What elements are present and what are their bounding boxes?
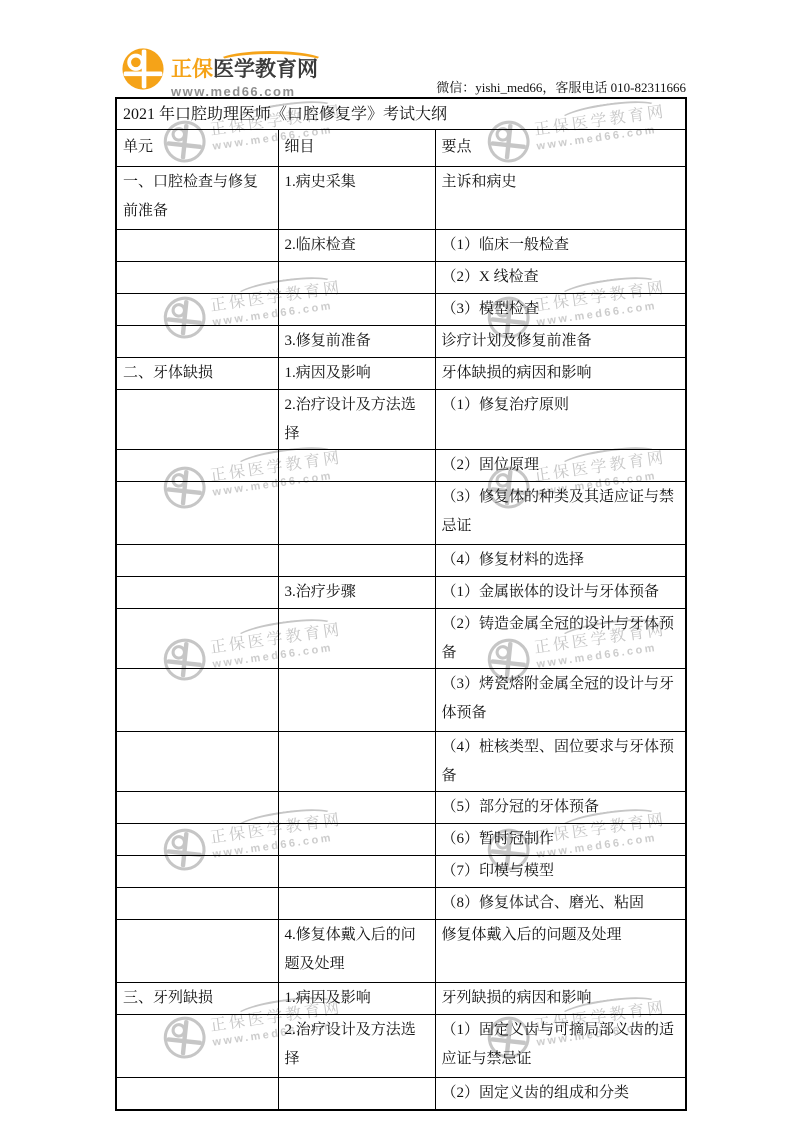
table-row: 3.修复前准备诊疗计划及修复前准备	[116, 326, 686, 358]
cell-item	[278, 450, 435, 482]
table-row: （2）X 线检查	[116, 262, 686, 294]
cell-item: 1.病因及影响	[278, 983, 435, 1015]
cell-point: （3）修复体的种类及其适应证与禁忌证	[435, 482, 686, 545]
table-row: 2.治疗设计及方法选择（1）修复治疗原则	[116, 390, 686, 450]
cell-item	[278, 732, 435, 792]
cell-unit	[116, 450, 278, 482]
table-row: （3）模型检查	[116, 294, 686, 326]
cell-unit: 三、牙列缺损	[116, 983, 278, 1015]
cell-item	[278, 545, 435, 577]
cell-item: 3.治疗步骤	[278, 577, 435, 609]
cell-item	[278, 609, 435, 669]
cell-item	[278, 856, 435, 888]
cell-unit	[116, 732, 278, 792]
cell-item	[278, 824, 435, 856]
cell-point: （8）修复体试合、磨光、粘固	[435, 888, 686, 920]
table-row: （2）铸造金属全冠的设计与牙体预备	[116, 609, 686, 669]
table-row: （3）烤瓷熔附金属全冠的设计与牙体预备	[116, 669, 686, 732]
cell-point: （3）模型检查	[435, 294, 686, 326]
column-header-point: 要点	[435, 130, 686, 167]
cell-point: （1）修复治疗原则	[435, 390, 686, 450]
table-row: （2）固位原理	[116, 450, 686, 482]
cell-item	[278, 888, 435, 920]
cell-item: 2.临床检查	[278, 230, 435, 262]
cell-unit	[116, 920, 278, 983]
cell-unit	[116, 609, 278, 669]
cell-point: （3）烤瓷熔附金属全冠的设计与牙体预备	[435, 669, 686, 732]
cell-point: （5）部分冠的牙体预备	[435, 792, 686, 824]
table-row: 2.临床检查（1）临床一般检查	[116, 230, 686, 262]
cell-item: 2.治疗设计及方法选择	[278, 390, 435, 450]
table-row: （3）修复体的种类及其适应证与禁忌证	[116, 482, 686, 545]
cell-item: 1.病因及影响	[278, 358, 435, 390]
table-row: 2.治疗设计及方法选择（1）固定义齿与可摘局部义齿的适应证与禁忌证	[116, 1015, 686, 1078]
column-header-item: 细目	[278, 130, 435, 167]
cell-item	[278, 1078, 435, 1110]
cell-item	[278, 294, 435, 326]
table-row: 三、牙列缺损1.病因及影响牙列缺损的病因和影响	[116, 983, 686, 1015]
column-header-unit: 单元	[116, 130, 278, 167]
cell-item	[278, 482, 435, 545]
cell-point: （4）修复材料的选择	[435, 545, 686, 577]
cell-point: 修复体戴入后的问题及处理	[435, 920, 686, 983]
cell-point: （1）固定义齿与可摘局部义齿的适应证与禁忌证	[435, 1015, 686, 1078]
cell-unit	[116, 390, 278, 450]
cell-point: （7）印模与模型	[435, 856, 686, 888]
cell-point: （2）X 线检查	[435, 262, 686, 294]
cell-unit	[116, 792, 278, 824]
table-row: （4）桩核类型、固位要求与牙体预备	[116, 732, 686, 792]
table-row: （8）修复体试合、磨光、粘固	[116, 888, 686, 920]
cell-unit	[116, 294, 278, 326]
cell-unit	[116, 326, 278, 358]
cell-point: （2）固位原理	[435, 450, 686, 482]
cell-point: （4）桩核类型、固位要求与牙体预备	[435, 732, 686, 792]
cell-unit	[116, 1015, 278, 1078]
cell-item	[278, 792, 435, 824]
cell-unit	[116, 545, 278, 577]
cell-unit	[116, 577, 278, 609]
cell-point: （6）暂时冠制作	[435, 824, 686, 856]
cell-unit: 一、口腔检查与修复前准备	[116, 167, 278, 230]
medical-cross-logo-icon	[122, 48, 164, 90]
exam-outline-table: 2021 年口腔助理医师《口腔修复学》考试大纲 单元 细目 要点 一、口腔检查与…	[115, 97, 687, 1111]
table-row: （6）暂时冠制作	[116, 824, 686, 856]
cell-unit: 二、牙体缺损	[116, 358, 278, 390]
contact-info: 微信：yishi_med66，客服电话 010-82311666	[436, 77, 686, 96]
table-row: （7）印模与模型	[116, 856, 686, 888]
table-row: 一、口腔检查与修复前准备1.病史采集主诉和病史	[116, 167, 686, 230]
cell-item	[278, 262, 435, 294]
cell-unit	[116, 824, 278, 856]
cell-unit	[116, 888, 278, 920]
table-row: （2）固定义齿的组成和分类	[116, 1078, 686, 1110]
table-row: 二、牙体缺损1.病因及影响牙体缺损的病因和影响	[116, 358, 686, 390]
cell-unit	[116, 669, 278, 732]
table-title-row: 2021 年口腔助理医师《口腔修复学》考试大纲	[116, 98, 686, 130]
cell-point: （1）临床一般检查	[435, 230, 686, 262]
cell-point: 牙体缺损的病因和影响	[435, 358, 686, 390]
cell-item	[278, 669, 435, 732]
cell-point: （1）金属嵌体的设计与牙体预备	[435, 577, 686, 609]
document-page: { "page": { "logo": { "brand_orange": "正…	[0, 0, 793, 1122]
cell-item: 3.修复前准备	[278, 326, 435, 358]
cell-item: 1.病史采集	[278, 167, 435, 230]
table-row: 4.修复体戴入后的问题及处理修复体戴入后的问题及处理	[116, 920, 686, 983]
cell-unit	[116, 262, 278, 294]
cell-point: 牙列缺损的病因和影响	[435, 983, 686, 1015]
cell-item: 4.修复体戴入后的问题及处理	[278, 920, 435, 983]
brand-name-orange: 正保	[171, 58, 213, 81]
cell-unit	[116, 856, 278, 888]
cell-unit	[116, 1078, 278, 1110]
cell-unit	[116, 482, 278, 545]
cell-point: （2）铸造金属全冠的设计与牙体预备	[435, 609, 686, 669]
logo-swoosh	[217, 51, 325, 73]
brand-url: www.med66.com	[171, 84, 318, 99]
cell-item: 2.治疗设计及方法选择	[278, 1015, 435, 1078]
cell-unit	[116, 230, 278, 262]
cell-point: 诊疗计划及修复前准备	[435, 326, 686, 358]
table-header-row: 单元 细目 要点	[116, 130, 686, 167]
site-logo: 正保医学教育网 www.med66.com	[122, 48, 318, 99]
table-row: （5）部分冠的牙体预备	[116, 792, 686, 824]
cell-point: （2）固定义齿的组成和分类	[435, 1078, 686, 1110]
table-row: （4）修复材料的选择	[116, 545, 686, 577]
table-body: 一、口腔检查与修复前准备1.病史采集主诉和病史2.临床检查（1）临床一般检查（2…	[116, 167, 686, 1110]
table-title: 2021 年口腔助理医师《口腔修复学》考试大纲	[116, 98, 686, 130]
cell-point: 主诉和病史	[435, 167, 686, 230]
table-row: 3.治疗步骤（1）金属嵌体的设计与牙体预备	[116, 577, 686, 609]
